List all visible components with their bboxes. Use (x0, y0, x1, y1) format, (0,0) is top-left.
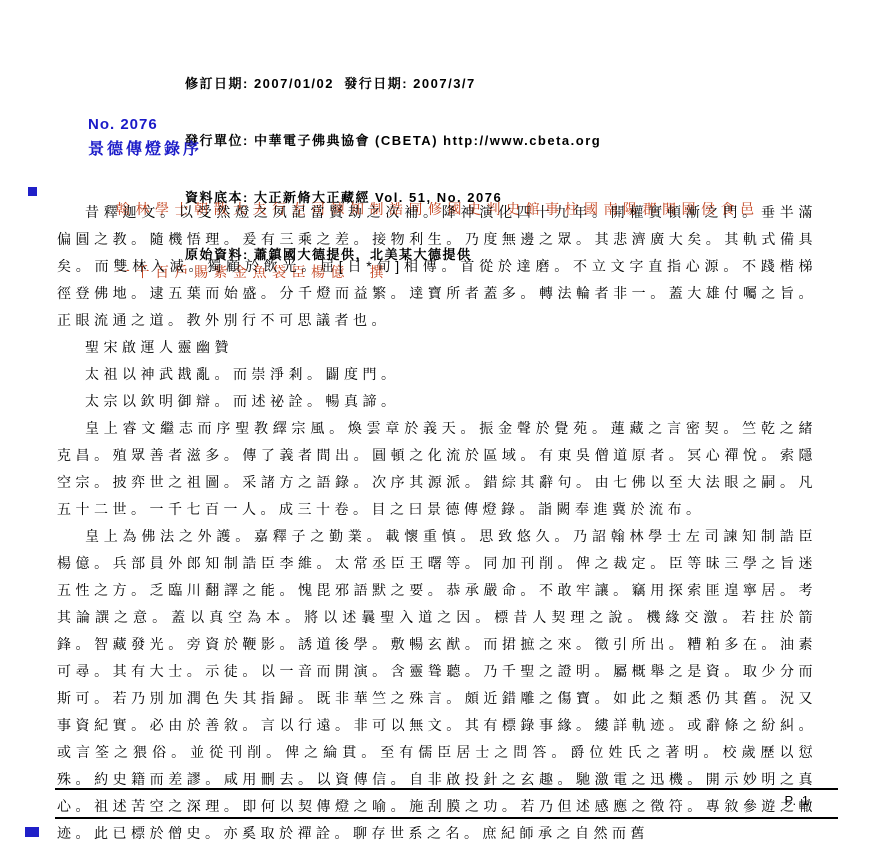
metadata-line-revision-date: 修訂日期: 2007/01/02 發行日期: 2007/3/7 (185, 74, 601, 93)
body-paragraph: 太宗以欽明御辯。而述祕詮。暢真諦。 (57, 388, 817, 415)
body-paragraph: 皇上睿文繼志而序聖教繹宗風。煥雲章於義天。振金聲於覺苑。蓮藏之言密契。竺乾之緒克… (57, 415, 817, 523)
margin-marker-icon (28, 187, 37, 196)
body-paragraph: 皇上為佛法之外護。嘉釋子之勤業。載懷重慎。思致悠久。乃詔翰林學士左司諫知制誥臣楊… (57, 523, 817, 842)
page-number: P. 1 (785, 793, 810, 808)
body-paragraph: 聖宋啟運人靈幽贊 (57, 334, 817, 361)
document-page: 修訂日期: 2007/01/02 發行日期: 2007/3/7 發行單位: 中華… (0, 0, 870, 842)
document-number: No. 2076 (88, 116, 158, 133)
body-paragraph: 太祖以神武戡亂。而崇淨剎。闢度門。 (57, 361, 817, 388)
document-body: 昔釋迦文。以受然燈之夙記當賢劫之次補。降神演化四十九年。開權實頓漸之門。垂半滿偏… (57, 199, 817, 842)
footer-divider-top (55, 788, 838, 790)
corner-marker-icon (25, 827, 39, 837)
footer-divider-bottom (55, 817, 838, 819)
metadata-line-publisher: 發行單位: 中華電子佛典協會 (CBETA) http://www.cbeta.… (185, 131, 601, 150)
body-paragraph: 昔釋迦文。以受然燈之夙記當賢劫之次補。降神演化四十九年。開權實頓漸之門。垂半滿偏… (57, 199, 817, 334)
document-title: 景德傳燈錄序 (88, 136, 202, 159)
